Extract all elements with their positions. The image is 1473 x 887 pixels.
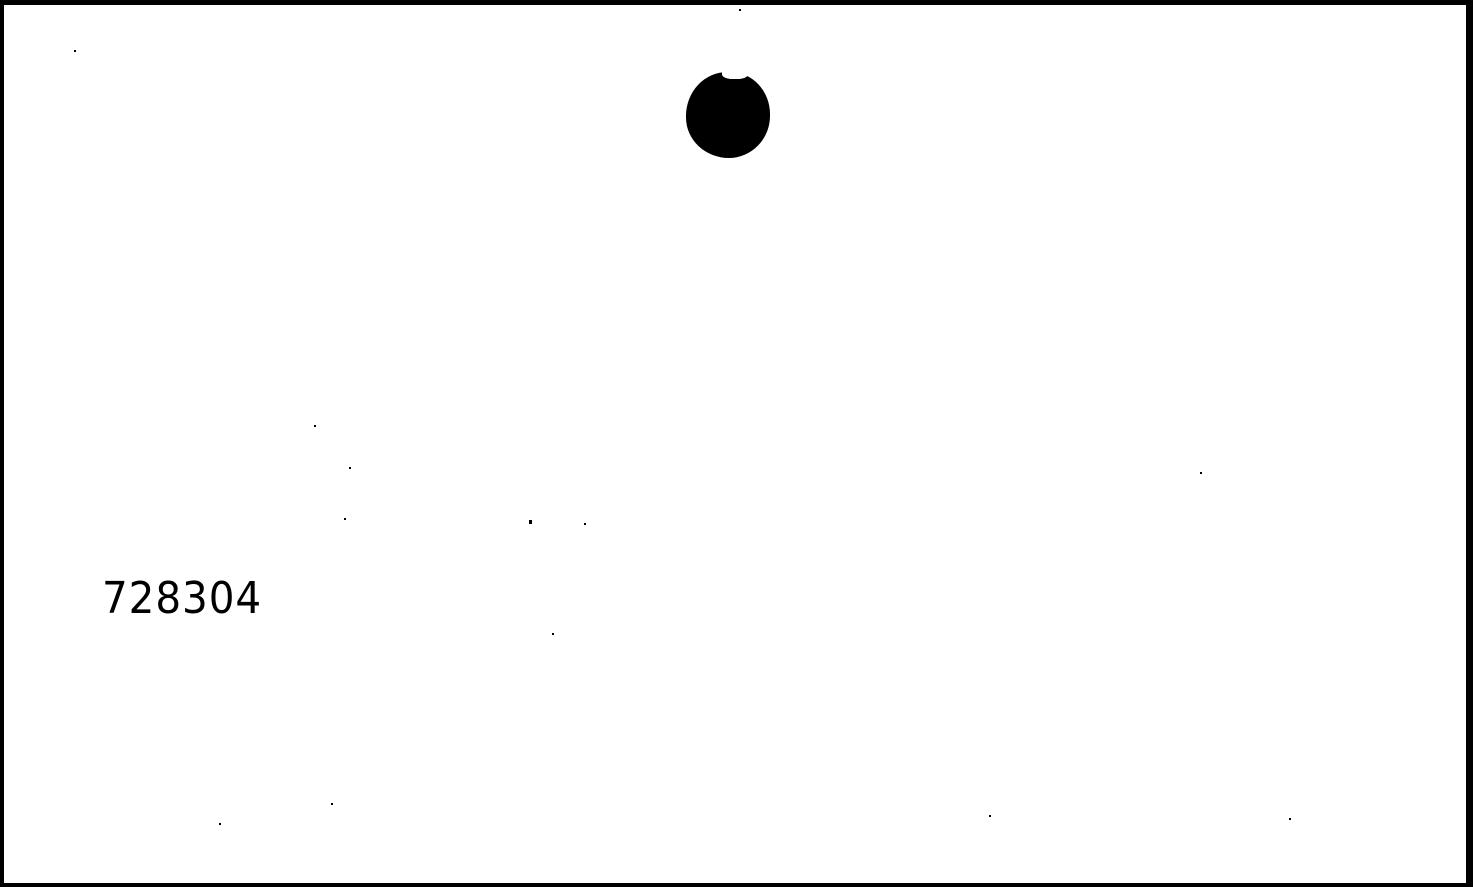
scan-speck — [739, 9, 741, 11]
scan-speck — [314, 425, 316, 427]
scan-border — [0, 883, 1473, 887]
scan-speck — [1200, 472, 1202, 474]
scan-speck — [989, 815, 991, 817]
scan-speck — [1289, 818, 1291, 820]
scan-speck — [344, 518, 346, 520]
index-card: 728304 — [4, 5, 1466, 883]
card-number: 728304 — [102, 577, 262, 621]
scan-speck — [529, 520, 532, 524]
scan-speck — [584, 523, 586, 525]
scan-speck — [74, 50, 76, 52]
scan-speck — [219, 823, 221, 825]
scan-speck — [552, 633, 554, 635]
scan-speck — [331, 803, 333, 805]
scan-speck — [349, 467, 351, 469]
punch-hole-icon — [686, 72, 770, 158]
punch-hole-notch — [722, 67, 748, 79]
